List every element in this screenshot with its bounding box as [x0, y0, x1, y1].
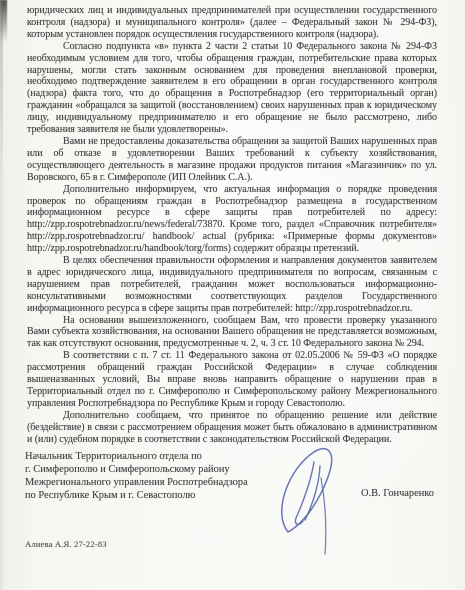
body-paragraph: юридических лиц и индивидуальных предпри… [27, 5, 437, 41]
scan-edge-strip [0, 0, 3, 590]
signer-title-line: Межрегионального управления Роспотребнад… [25, 476, 248, 489]
signer-title-line: Начальник Территориального отдела по [25, 450, 248, 463]
body-paragraph: На основании вышеизложенного, сообщаем В… [27, 315, 437, 351]
letter-body: юридических лиц и индивидуальных предпри… [27, 5, 437, 446]
scanned-letter-page: юридических лиц и индивидуальных предпри… [0, 0, 465, 590]
executor-contact: Алиева А.Я. 27-22-83 [25, 539, 107, 549]
signer-title-line: по Республике Крым и г. Севастополю [25, 489, 248, 502]
handwritten-signature [267, 438, 359, 558]
signature-tail [321, 478, 326, 554]
body-paragraph: Дополнительно сообщаем, что принятое по … [27, 410, 437, 446]
signer-title: Начальник Территориального отдела по г. … [25, 450, 248, 502]
body-paragraph: Согласно подпункта «в» пункта 2 части 2 … [27, 41, 437, 136]
signature-stroke [305, 466, 320, 520]
signer-name: О.В. Гончаренко [361, 487, 434, 500]
body-paragraph: Дополнительно информируем, что актуальна… [27, 184, 437, 255]
body-paragraph: В целях обеспечения правильности оформле… [27, 255, 437, 315]
body-paragraph: В соответствии с п. 7 ст. 11 Федеральног… [27, 350, 437, 410]
signature-stroke [295, 462, 314, 524]
body-paragraph: Вами не предоставлены доказательства обр… [27, 136, 437, 184]
signer-title-line: г. Симферополю и Симферопольскому району [25, 463, 248, 476]
